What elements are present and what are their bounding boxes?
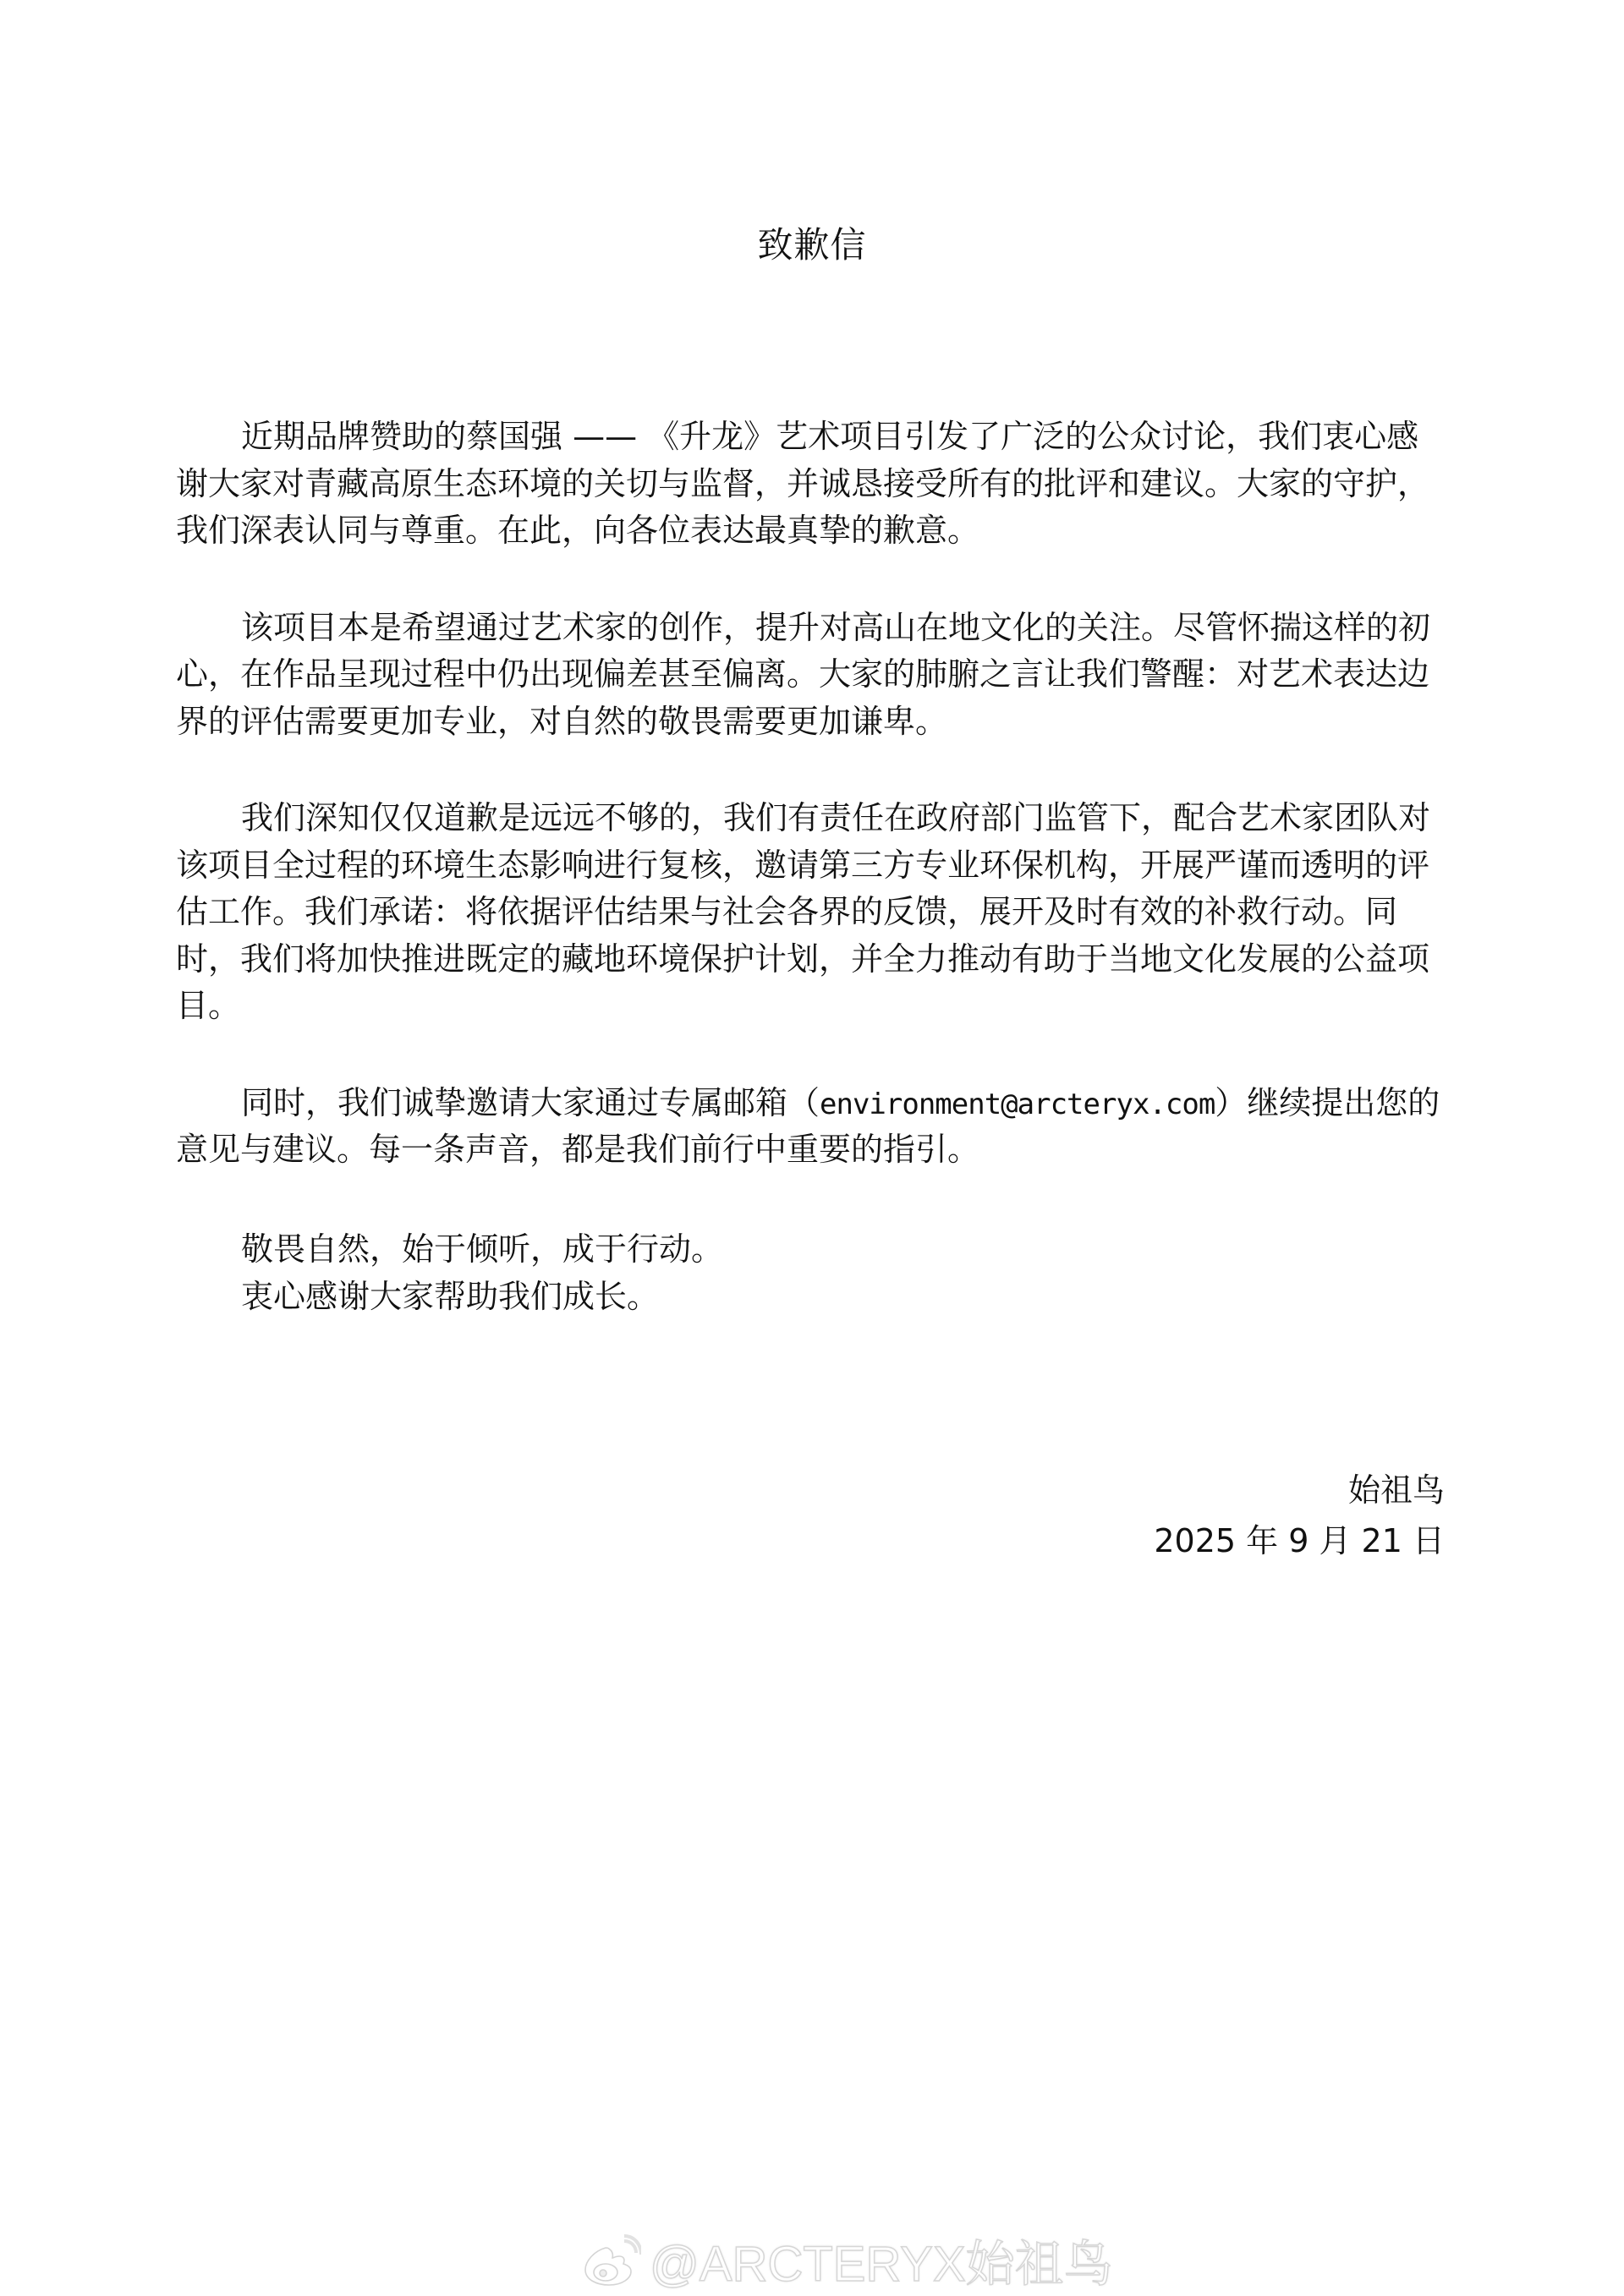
paragraph-line: 估工作。我们承诺：将依据评估结果与社会各界的反馈，展开及时有效的补救行动。同 [176,889,1445,936]
paragraph-line: 近期品牌赞助的蔡国强 —— 《升龙》艺术项目引发了广泛的公众讨论，我们衷心感 [176,414,1445,461]
paragraph-1: 近期品牌赞助的蔡国强 —— 《升龙》艺术项目引发了广泛的公众讨论，我们衷心感 谢… [176,414,1445,555]
closing-line: 衷心感谢大家帮助我们成长。 [241,1274,723,1321]
closing-line: 敬畏自然，始于倾听，成于行动。 [241,1226,723,1274]
paragraph-line: 该项目全过程的环境生态影响进行复核，邀请第三方专业环保机构，开展严谨而透明的评 [176,842,1445,890]
weibo-logo-icon [582,2233,641,2287]
paragraph-text: 同时，我们诚挚邀请大家通过专属邮箱（ [241,1084,820,1121]
paragraph-2: 该项目本是希望通过艺术家的创作，提升对高山在地文化的关注。尽管怀揣这样的初 心，… [176,605,1445,746]
signature-name: 始祖鸟 [1154,1465,1445,1515]
paragraph-line: 心，在作品呈现过程中仍出现偏差甚至偏离。大家的肺腑之言让我们警醒：对艺术表达边 [176,651,1445,699]
signature-block: 始祖鸟 2025 年 9 月 21 日 [1154,1465,1445,1566]
watermark-text: @ARCTERYX始祖鸟 [650,2224,1113,2295]
paragraph-line: 意见与建议。每一条声音，都是我们前行中重要的指引。 [176,1126,1445,1174]
paragraph-4: 同时，我们诚挚邀请大家通过专属邮箱（environment@arcteryx.c… [176,1080,1445,1174]
paragraph-line: 谢大家对青藏高原生态环境的关切与监督，并诚恳接受所有的批评和建议。大家的守护， [176,461,1445,508]
paragraph-line: 目。 [176,983,1445,1030]
letter-body: 近期品牌赞助的蔡国强 —— 《升龙》艺术项目引发了广泛的公众讨论，我们衷心感 谢… [176,414,1445,1224]
watermark: @ARCTERYX始祖鸟 [582,2229,1113,2290]
paragraph-text: ）继续提出您的 [1215,1084,1440,1121]
paragraph-line: 界的评估需要更加专业，对自然的敬畏需要更加谦卑。 [176,699,1445,746]
paragraph-line: 同时，我们诚挚邀请大家通过专属邮箱（environment@arcteryx.c… [176,1080,1445,1127]
signature-date: 2025 年 9 月 21 日 [1154,1515,1445,1566]
paragraph-line: 我们深知仅仅道歉是远远不够的，我们有责任在政府部门监管下，配合艺术家团队对 [176,795,1445,842]
letter-page: 致歉信 近期品牌赞助的蔡国强 —— 《升龙》艺术项目引发了广泛的公众讨论，我们衷… [0,0,1624,2296]
paragraph-3: 我们深知仅仅道歉是远远不够的，我们有责任在政府部门监管下，配合艺术家团队对 该项… [176,795,1445,1030]
closing-remarks: 敬畏自然，始于倾听，成于行动。 衷心感谢大家帮助我们成长。 [241,1226,723,1320]
letter-title: 致歉信 [0,223,1624,267]
paragraph-line: 我们深表认同与尊重。在此，向各位表达最真挚的歉意。 [176,507,1445,555]
contact-email: environment@arcteryx.com [820,1088,1215,1121]
paragraph-line: 时，我们将加快推进既定的藏地环境保护计划，并全力推动有助于当地文化发展的公益项 [176,936,1445,984]
paragraph-line: 该项目本是希望通过艺术家的创作，提升对高山在地文化的关注。尽管怀揣这样的初 [176,605,1445,652]
